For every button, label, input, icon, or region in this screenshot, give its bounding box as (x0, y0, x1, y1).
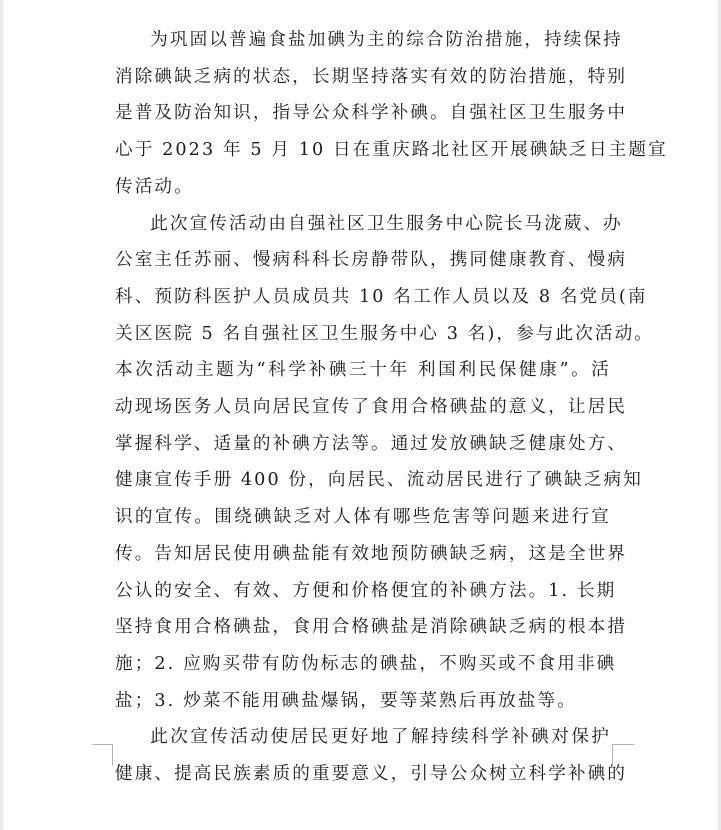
text-line: 传。告知居民使用碘盐能有效地预防碘缺乏病，这是全世界 (115, 536, 611, 573)
document-body: 为巩固以普遍食盐加碘为主的综合防治措施，持续保持 消除碘缺乏病的状态，长期坚持落… (115, 22, 611, 793)
text-line: 掌握科学、适量的补碘方法等。通过发放碘缺乏健康处方、 (115, 426, 611, 463)
page-margin-corner-right (612, 744, 634, 766)
text-line: 动现场医务人员向居民宣传了食用合格碘盐的意义，让居民 (115, 389, 611, 426)
text-line: 关区医院 5 名自强社区卫生服务中心 3 名)，参与此次活动。 (115, 316, 611, 353)
text-line: 识的宣传。围绕碘缺乏对人体有哪些危害等问题来进行宣 (115, 499, 611, 536)
text-line: 是普及防治知识，指导公众科学补碘。自强社区卫生服务中 (115, 95, 611, 132)
text-line: 为巩固以普遍食盐加碘为主的综合防治措施，持续保持 (115, 22, 611, 59)
document-page: 为巩固以普遍食盐加碘为主的综合防治措施，持续保持 消除碘缺乏病的状态，长期坚持落… (3, 0, 718, 830)
text-line: 健康宣传手册 400 份，向居民、流动居民进行了碘缺乏病知 (115, 462, 611, 499)
text-line: 公室主任苏丽、慢病科科长房静带队，携同健康教育、慢病 (115, 242, 611, 279)
text-line: 施；2. 应购买带有防伪标志的碘盐，不购买或不食用非碘 (115, 646, 611, 683)
text-line: 此次宣传活动使居民更好地了解持续科学补碘对保护 (115, 719, 611, 756)
text-line: 传活动。 (115, 169, 611, 206)
text-line: 科、预防科医护人员成员共 10 名工作人员以及 8 名党员(南 (115, 279, 611, 316)
text-line: 坚持食用合格碘盐，食用合格碘盐是消除碘缺乏病的根本措 (115, 609, 611, 646)
text-line: 盐；3. 炒菜不能用碘盐爆锅，要等菜熟后再放盐等。 (115, 683, 611, 720)
text-line: 消除碘缺乏病的状态，长期坚持落实有效的防治措施，特别 (115, 59, 611, 96)
page-margin-corner-left (92, 744, 113, 766)
paragraph-2: 此次宣传活动由自强社区卫生服务中心院长马泷葳、办 公室主任苏丽、慢病科科长房静带… (115, 206, 611, 720)
paragraph-1: 为巩固以普遍食盐加碘为主的综合防治措施，持续保持 消除碘缺乏病的状态，长期坚持落… (115, 22, 611, 206)
text-line: 此次宣传活动由自强社区卫生服务中心院长马泷葳、办 (115, 206, 611, 243)
text-line: 公认的安全、有效、方便和价格便宜的补碘方法。1. 长期 (115, 573, 611, 610)
text-line: 本次活动主题为“科学补碘三十年 利国利民保健康”。活 (115, 352, 611, 389)
text-line: 心于 2023 年 5 月 10 日在重庆路北社区开展碘缺乏日主题宣 (115, 132, 611, 169)
paragraph-3: 此次宣传活动使居民更好地了解持续科学补碘对保护 健康、提高民族素质的重要意义，引… (115, 719, 611, 792)
text-line: 健康、提高民族素质的重要意义，引导公众树立科学补碘的 (115, 756, 611, 793)
